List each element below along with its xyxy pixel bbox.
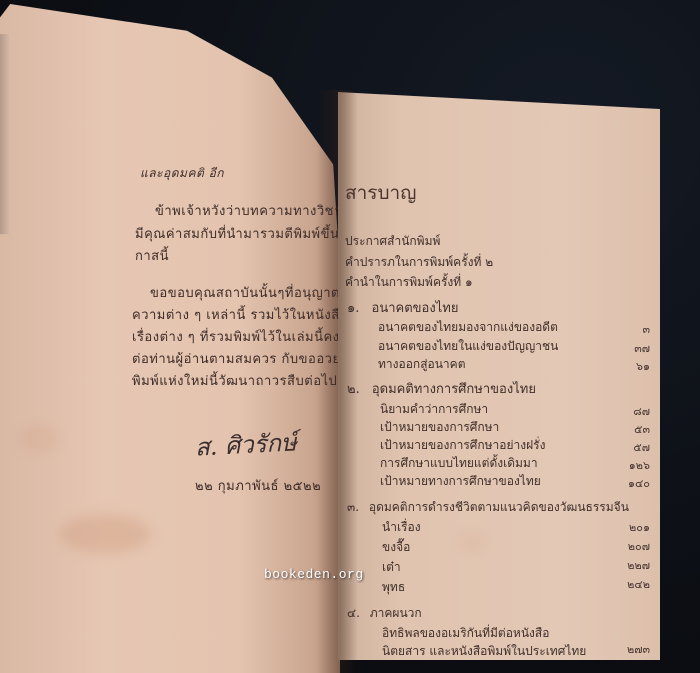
- paragraph-line: พิมพ์แห่งใหม่นี้วัฒนาถาวรสืบต่อไป: [132, 370, 340, 391]
- toc-page-number: ๒๒๗: [627, 556, 650, 574]
- toc-page-number: ๑๔๐: [628, 474, 650, 492]
- toc-entry: ทางออกสู่อนาคต: [378, 355, 465, 374]
- toc-entry: เป้าหมายของการศึกษา: [380, 418, 499, 437]
- paragraph-line: ความต่าง ๆ เหล่านี้ รวมไว้ในหนังสือนี้: [132, 304, 340, 325]
- toc-front-matter: คำปรารภในการพิมพ์ครั้งที่ ๒: [345, 253, 493, 272]
- toc-entry: การศึกษาแบบไทยแต่ดั้งเดิมมา: [380, 454, 538, 473]
- section-number: ๑.: [347, 301, 359, 316]
- toc-page-number: ๕๗: [633, 438, 650, 456]
- paper-stain: [60, 514, 150, 554]
- left-top-line: และอุดมคติ อีก: [140, 164, 224, 183]
- toc-section-heading: ๔. ภาคผนวก: [347, 604, 422, 623]
- paragraph-line: กาสนี้: [135, 245, 340, 266]
- paper-stain: [20, 424, 60, 454]
- toc-entry: อิทธิพลของอเมริกันที่มีต่อหนังสือ: [382, 624, 549, 643]
- section-title: อนาคตของไทย: [372, 301, 459, 316]
- toc-page-number: ๓๗: [634, 339, 650, 357]
- toc-section-heading: ๑. อนาคตของไทย: [347, 297, 458, 318]
- paragraph-line: เรื่องต่าง ๆ ที่รวมพิมพ์ไว้ในเล่มนี้คงจะ…: [132, 326, 340, 347]
- toc-entry: อนาคตของไทยมองจากแง่ของอดีต: [378, 318, 558, 337]
- toc-page-number: ๒๔๒: [627, 575, 650, 593]
- section-number: ๔.: [347, 606, 360, 620]
- paragraph-line: ข้าพเจ้าหวังว่าบทความทางวิชาการทั้ง: [155, 200, 340, 221]
- toc-front-matter: ประกาศสำนักพิมพ์: [345, 232, 440, 251]
- toc-entry: ขงจื๊อ: [382, 538, 410, 557]
- paper-stain: [458, 532, 488, 552]
- signature: ส. ศิวรักษ์: [194, 422, 298, 466]
- section-title: ภาคผนวก: [370, 606, 422, 620]
- toc-entry: พุทธ: [382, 578, 405, 597]
- toc-entry: อนาคตของไทยในแง่ของปัญญาชน: [378, 337, 558, 356]
- toc-page-number: ๘๗: [633, 402, 650, 420]
- toc-page-number: ๕๓: [634, 420, 650, 438]
- toc-entry: เป้าหมายทางการศึกษาของไทย: [380, 472, 541, 491]
- section-number: ๓.: [347, 500, 359, 514]
- toc-entry: เต๋า: [382, 558, 401, 577]
- toc-section-heading: ๓. อุดมคติการดำรงชีวิตตามแนวคิดของวัฒนธร…: [347, 498, 629, 517]
- toc-entry: นิยามคำว่าการศึกษา: [380, 400, 488, 419]
- toc-entry: เป้าหมายของการศึกษาอย่างฝรั่ง: [380, 436, 545, 455]
- toc-page-number: ๓: [642, 320, 650, 338]
- watermark: bookeden.org: [264, 567, 364, 582]
- paragraph-line: ต่อท่านผู้อ่านตามสมควร กับขออวยพรให้: [132, 348, 340, 369]
- toc-page-number: ๖๑: [636, 357, 650, 375]
- page-edge: [0, 34, 10, 234]
- toc-front-matter: คำนำในการพิมพ์ครั้งที่ ๑: [345, 273, 473, 292]
- toc-page-number: ๒๐๑: [629, 518, 650, 536]
- toc-page-number: ๑๒๖: [629, 456, 650, 474]
- paragraph-line: ขอขอบคุณสถาบันนั้นๆที่อนุญาตให้นำ: [150, 282, 340, 303]
- toc-title: สารบาญ: [345, 178, 416, 208]
- toc-section-heading: ๒. อุดมคติทางการศึกษาของไทย: [347, 378, 536, 399]
- toc-entry: นำเรื่อง: [382, 518, 421, 537]
- paragraph-line: มีคุณค่าสมกับที่นำมารวมตีพิมพ์ขึ้นเป็นเล…: [135, 223, 340, 244]
- signature-date: ๒๒ กุมภาพันธ์ ๒๕๒๒: [195, 475, 321, 496]
- toc-page-number: ๒๐๗: [628, 537, 650, 555]
- toc-entry: นิตยสาร และหนังสือพิมพ์ในประเทศไทย: [382, 642, 586, 661]
- section-title: อุดมคติการดำรงชีวิตตามแนวคิดของวัฒนธรรมจ…: [369, 500, 629, 514]
- toc-page-number: ๒๗๓: [627, 640, 650, 658]
- section-title: อุดมคติทางการศึกษาของไทย: [372, 382, 536, 397]
- section-number: ๒.: [347, 382, 360, 397]
